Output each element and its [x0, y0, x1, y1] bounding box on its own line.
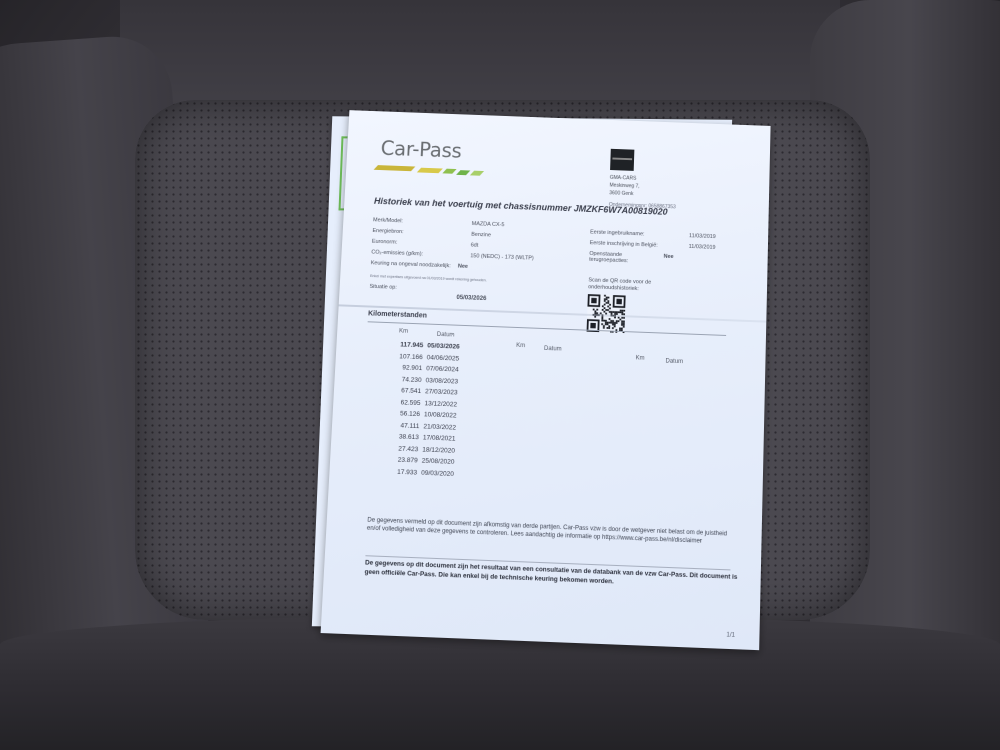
col-km-1: Km — [399, 328, 408, 334]
vehicle-info-row: Merk/Model:MAZDA CX-5 — [373, 217, 403, 224]
mileage-km: 47.111 — [387, 421, 419, 429]
disclaimer-third-party: De gegevens vermeld op dit document zijn… — [367, 516, 732, 546]
col-date-3: Datum — [665, 358, 683, 365]
logo-stripes — [375, 165, 484, 179]
mileage-km: 74.230 — [389, 375, 421, 383]
col-km-3: Km — [635, 355, 644, 361]
vehicle-info-row: Energiebron:Benzine — [372, 228, 403, 235]
mileage-km: 56.126 — [388, 410, 420, 418]
logo-stripe — [456, 170, 470, 175]
logo-stripe — [417, 167, 443, 172]
mileage-km: 92.901 — [390, 364, 422, 372]
dealer-block: GMA-CARS Meskinweg 7, 3600 Genk Ondernem… — [609, 149, 678, 211]
registration-info-label: Openstaande terugroepacties: — [589, 251, 639, 265]
disclaimer-official: De gegevens op dit document zijn het res… — [364, 559, 750, 591]
col-date-1: Datum — [437, 332, 455, 339]
logo-stripe — [470, 171, 484, 176]
mileage-km: 67.541 — [389, 387, 421, 395]
vehicle-info-label: Keuring na ongeval noodzakelijk: — [371, 260, 451, 269]
registration-info-value: 11/03/2019 — [689, 244, 716, 251]
mileage-date: 27/03/2023 — [425, 388, 458, 396]
vehicle-info-value: Benzine — [471, 232, 491, 239]
vehicle-info-value: 6dt — [471, 243, 479, 249]
mileage-date: 18/12/2020 — [422, 446, 455, 454]
vehicle-info-label: Energiebron: — [372, 228, 403, 235]
registration-info-value: 11/03/2019 — [689, 233, 716, 240]
section-rule — [368, 321, 726, 336]
situation-value: 05/03/2026 — [456, 295, 486, 302]
situation-label: Situatie op: — [369, 284, 397, 291]
registration-info-row: Eerste inschrijving in België:11/03/2019 — [590, 240, 658, 248]
vehicle-info-label: Euronorm: — [372, 239, 398, 246]
mileage-date: 03/08/2023 — [425, 377, 458, 385]
col-km-2: Km — [516, 343, 525, 349]
mileage-km: 117.945 — [391, 341, 423, 349]
mileage-date: 09/03/2020 — [421, 469, 454, 477]
logo-stripe — [374, 165, 416, 171]
dealer-logo — [610, 149, 634, 171]
mileage-km: 17.933 — [385, 468, 418, 476]
situation-row: Situatie op: 05/03/2026 — [369, 284, 397, 291]
logo-stripe — [442, 169, 456, 174]
mileage-date: 10/08/2022 — [424, 411, 457, 419]
mileage-date: 05/03/2026 — [427, 342, 460, 350]
vehicle-info-value: Nee — [458, 264, 468, 270]
mileage-date: 21/03/2022 — [423, 423, 456, 431]
logo-text: Car-Pass — [380, 136, 462, 162]
mileage-km: 38.613 — [387, 433, 419, 441]
mileage-date: 13/12/2022 — [424, 400, 457, 408]
keuring-note: Enkel met expertises uitgevoerd na 01/03… — [370, 274, 487, 282]
mileage-km: 27.423 — [386, 445, 418, 453]
page-number: 1/1 — [726, 632, 735, 639]
mileage-date: 04/06/2025 — [427, 354, 460, 362]
vehicle-info-row: CO₂-emissies (g/km):150 (NEDC) - 173 (WL… — [371, 250, 423, 258]
registration-info-row: Openstaande terugroepacties:Nee — [589, 251, 639, 265]
car-pass-document: Car-Pass GMA-CARS Meskinweg 7, 3600 Genk… — [321, 110, 771, 650]
vehicle-info-value: MAZDA CX-5 — [472, 221, 505, 228]
vehicle-info-label: Merk/Model: — [373, 217, 403, 224]
dealer-city: 3600 Genk — [609, 189, 676, 199]
vehicle-info-value: 150 (NEDC) - 173 (WLTP) — [470, 253, 534, 261]
registration-info-label: Eerste ingebruikname: — [590, 229, 645, 237]
vehicle-info-row: Keuring na ongeval noodzakelijk:Nee — [371, 260, 451, 269]
mileage-km: 23.879 — [385, 456, 418, 464]
mileage-date: 25/08/2020 — [422, 458, 455, 466]
registration-info-label: Eerste inschrijving in België: — [590, 240, 658, 248]
mileage-km: 107.166 — [391, 352, 423, 360]
mileage-date: 07/06/2024 — [426, 365, 459, 373]
qr-label: Scan de QR code voor de onderhoudshistor… — [588, 277, 678, 293]
registration-info-value: Nee — [664, 254, 674, 260]
vehicle-info-label: CO₂-emissies (g/km): — [371, 250, 423, 258]
mileage-table: 117.94505/03/2026107.16604/06/202592.901… — [385, 341, 460, 482]
mileage-date: 17/08/2021 — [423, 434, 456, 442]
mileage-row: 17.93309/03/2020 — [385, 468, 455, 482]
car-pass-logo: Car-Pass — [380, 136, 462, 162]
mileage-km: 62.595 — [388, 398, 420, 406]
vehicle-info-row: Euronorm:6dt — [372, 239, 398, 246]
col-date-2: Datum — [544, 346, 562, 353]
mileage-section-title: Kilometerstanden — [368, 310, 427, 319]
registration-info-row: Eerste ingebruikname:11/03/2019 — [590, 229, 645, 237]
